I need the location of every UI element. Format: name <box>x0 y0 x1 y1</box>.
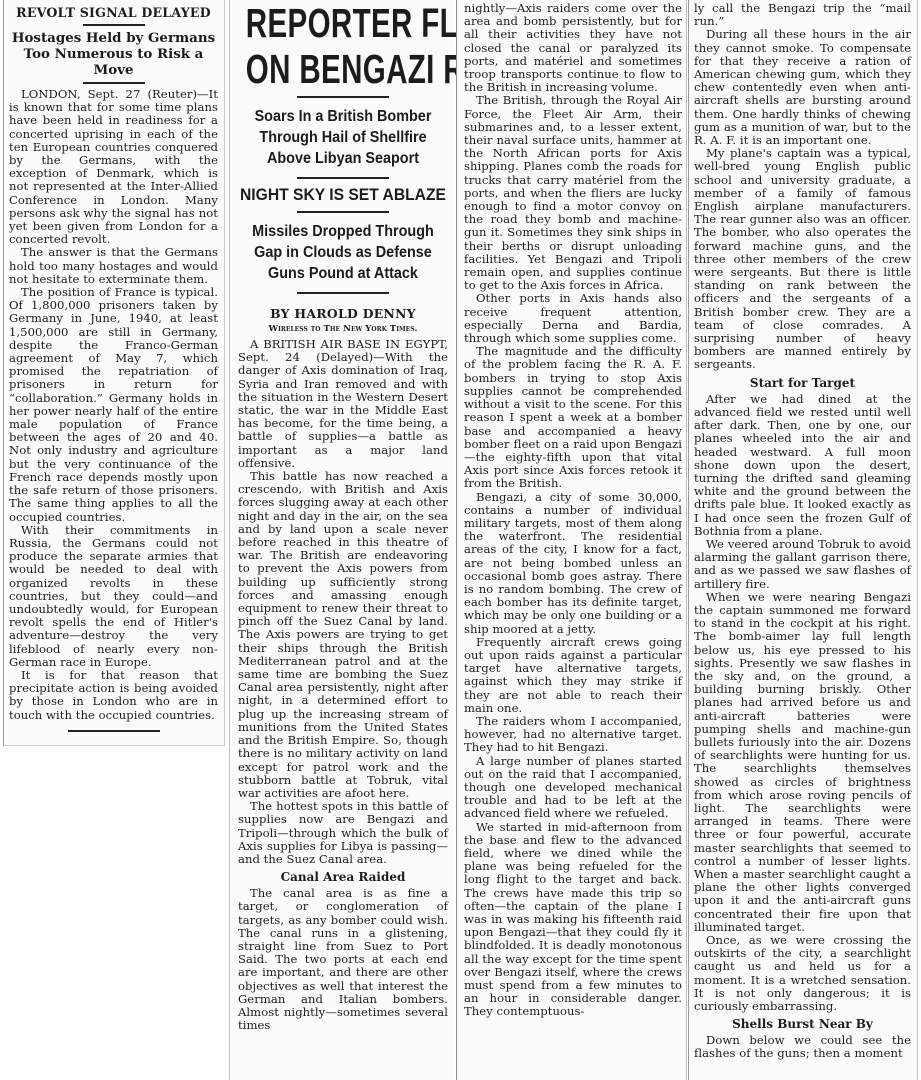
main-headline-line1: REPORTER FLIES <box>246 0 440 46</box>
byline: BY HAROLD DENNY <box>238 306 448 321</box>
paragraph: Once, as we were crossing the outskirts … <box>694 934 911 1013</box>
divider <box>297 177 389 179</box>
headline: REVOLT SIGNAL DELAYED <box>9 5 218 20</box>
paragraph: During all these hours in the air they c… <box>694 28 911 147</box>
article-continuation-col4: ly call the Bengazi trip the “mail run.”… <box>688 0 918 1080</box>
divider <box>83 24 145 26</box>
paragraph: We started in mid-afternoon from the bas… <box>464 821 682 1019</box>
paragraph: With their commitments in Russia, the Ge… <box>9 524 218 669</box>
deck: Hostages Held by Germans Too Numerous to… <box>9 30 218 78</box>
paragraph: The hottest spots in this battle of supp… <box>238 800 448 866</box>
paragraph: A BRITISH AIR BASE IN EGYPT, Sept. 24 (D… <box>238 338 448 470</box>
article-revolt-signal-delayed: REVOLT SIGNAL DELAYED Hostages Held by G… <box>3 0 225 746</box>
divider <box>297 211 389 213</box>
kicker: NIGHT SKY IS SET ABLAZE <box>237 185 449 205</box>
paragraph: The British, through the Royal Air Force… <box>464 94 682 292</box>
paragraph: It is for that reason that precipitate a… <box>9 669 218 722</box>
paragraph: After we had dined at the advanced field… <box>694 393 911 538</box>
divider <box>297 96 389 98</box>
divider <box>83 82 145 84</box>
main-headline-line2: ON BENGAZI RAID <box>246 46 440 92</box>
paragraph: Other ports in Axis hands also receive f… <box>464 292 682 345</box>
paragraph: LONDON, Sept. 27 (Reuter)—It is known th… <box>9 88 218 246</box>
paragraph: A large number of planes started out on … <box>464 755 682 821</box>
deck-1: Soars In a British Bomber Through Hail o… <box>249 106 438 169</box>
article-continuation-col3: nightly—Axis raiders come over the area … <box>456 0 687 1080</box>
paragraph: The position of France is typical. Of 1,… <box>9 286 218 524</box>
paragraph: The raiders whom I accompanied, however,… <box>464 715 682 755</box>
deck-2: Missiles Dropped Through Gap in Clouds a… <box>249 221 438 284</box>
paragraph: This battle has now reached a crescendo,… <box>238 470 448 800</box>
paragraph: Frequently aircraft crews going out upon… <box>464 636 682 715</box>
subhead-start-for-target: Start for Target <box>694 376 911 390</box>
subhead-shells-burst-near-by: Shells Burst Near By <box>694 1017 911 1031</box>
article-reporter-flies: REPORTER FLIES ON BENGAZI RAID Soars In … <box>229 0 453 1080</box>
paragraph: My plane's captain was a typical, well-b… <box>694 147 911 371</box>
paragraph: nightly—Axis raiders come over the area … <box>464 2 682 94</box>
subhead-canal-area-raided: Canal Area Raided <box>238 870 448 884</box>
paragraph: ly call the Bengazi trip the “mail run.” <box>694 2 911 28</box>
end-rule <box>68 730 160 732</box>
paragraph: When we were nearing Bengazi the captain… <box>694 591 911 934</box>
paragraph: Bengazi, a city of some 30,000, contains… <box>464 491 682 636</box>
paragraph: The canal area is as fine a target, or c… <box>238 887 448 1032</box>
paragraph: We veered around Tobruk to avoid alarmin… <box>694 538 911 591</box>
paragraph: The magnitude and the difficulty of the … <box>464 345 682 490</box>
wireless-credit: Wireless to The New York Times. <box>238 324 448 334</box>
paragraph: The answer is that the Germans hold too … <box>9 246 218 286</box>
divider <box>297 292 389 294</box>
paragraph: Down below we could see the flashes of t… <box>694 1034 911 1060</box>
